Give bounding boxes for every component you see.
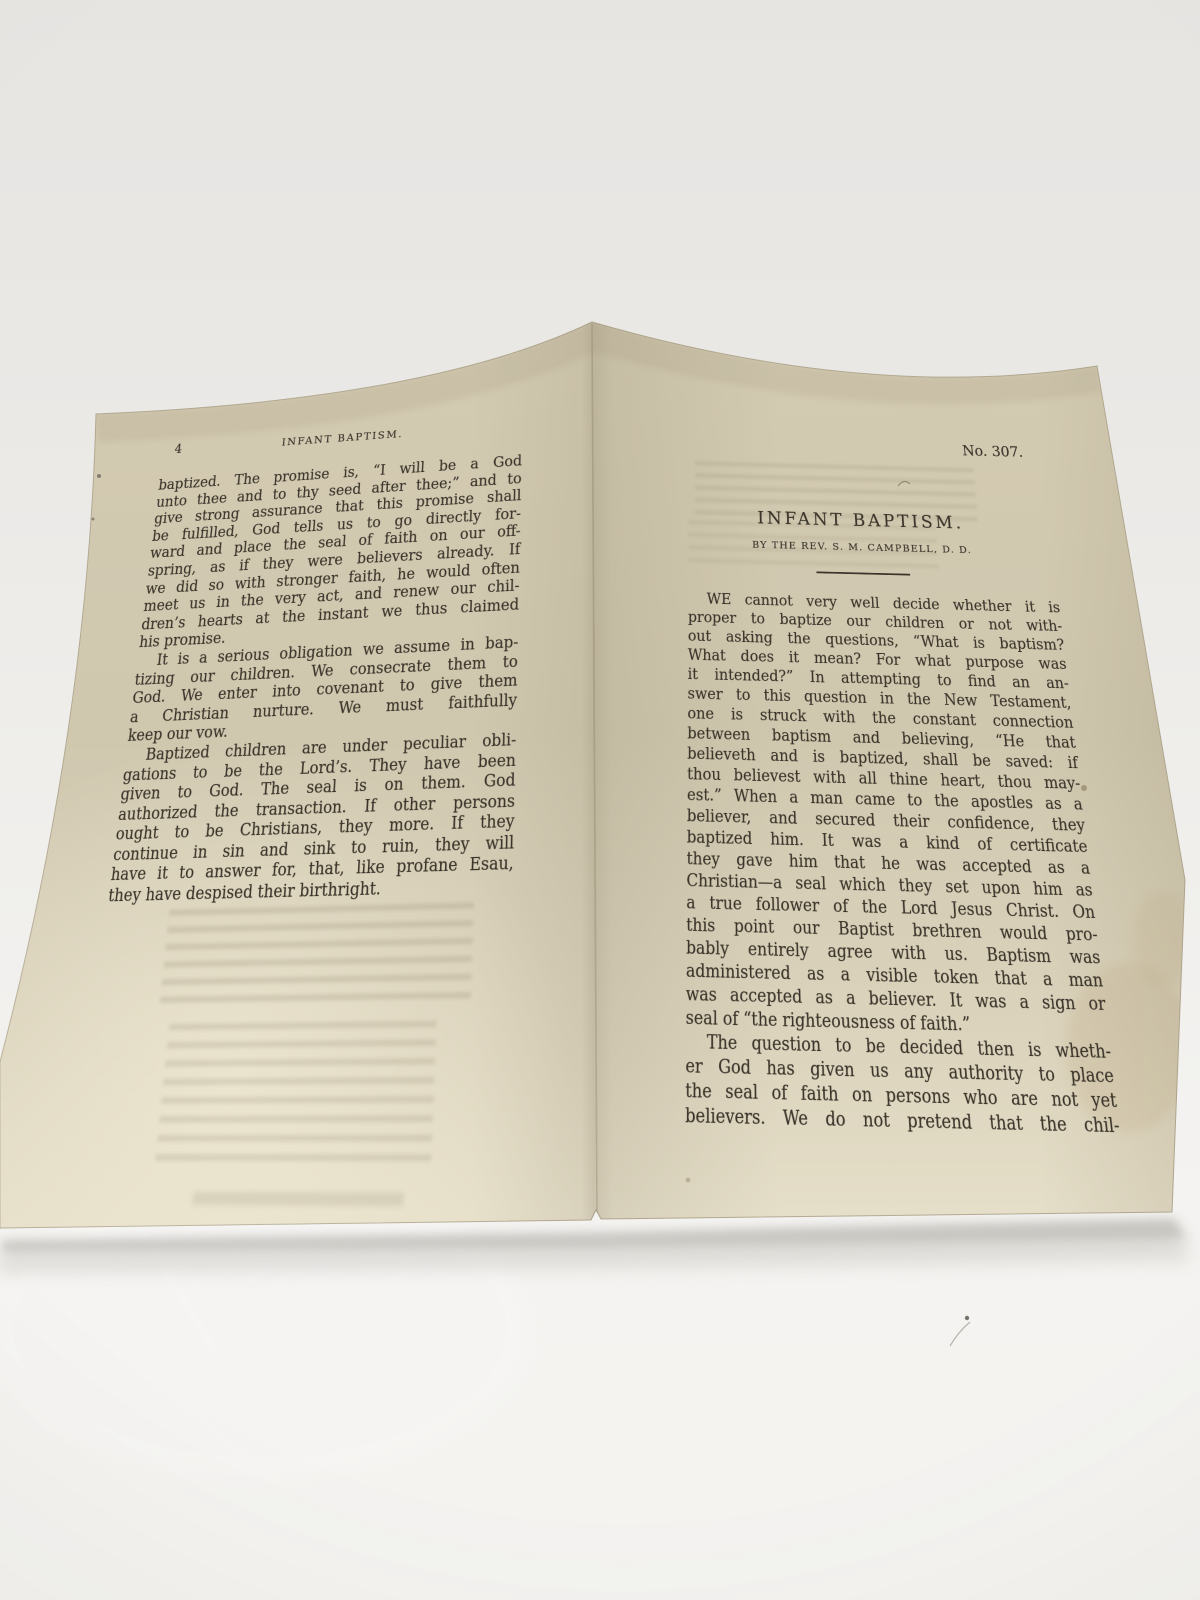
left-page: 4 INFANT BAPTISM. baptized. The promise … [107, 414, 523, 907]
paragraph: It is a serious obligation we assume in … [127, 633, 519, 746]
header-spacer [481, 429, 515, 431]
title-rule [816, 571, 910, 575]
paragraph: baptized. The promise is, “I will be a G… [138, 452, 522, 652]
right-page-body: WE cannot very well decide whether it is… [685, 589, 1121, 1138]
byline: BY THE REV. S. M. CAMPBELL, D. D. [688, 537, 1036, 558]
paragraph: WE cannot very well decide whether it is… [686, 589, 1110, 1039]
pamphlet-title: INFANT BAPTISM. [688, 505, 1033, 535]
paragraph: Baptized children are under peculiar obl… [107, 730, 516, 907]
show-through-text [192, 1192, 404, 1206]
left-page-body: baptized. The promise is, “I will be a G… [107, 452, 522, 906]
show-through-text [159, 903, 474, 1015]
page-number: 4 [174, 440, 208, 456]
photo-scene: 4 INFANT BAPTISM. baptized. The promise … [0, 0, 1200, 1600]
paragraph: The question to be decided then is wheth… [685, 1030, 1121, 1139]
show-through-text [154, 1021, 437, 1174]
